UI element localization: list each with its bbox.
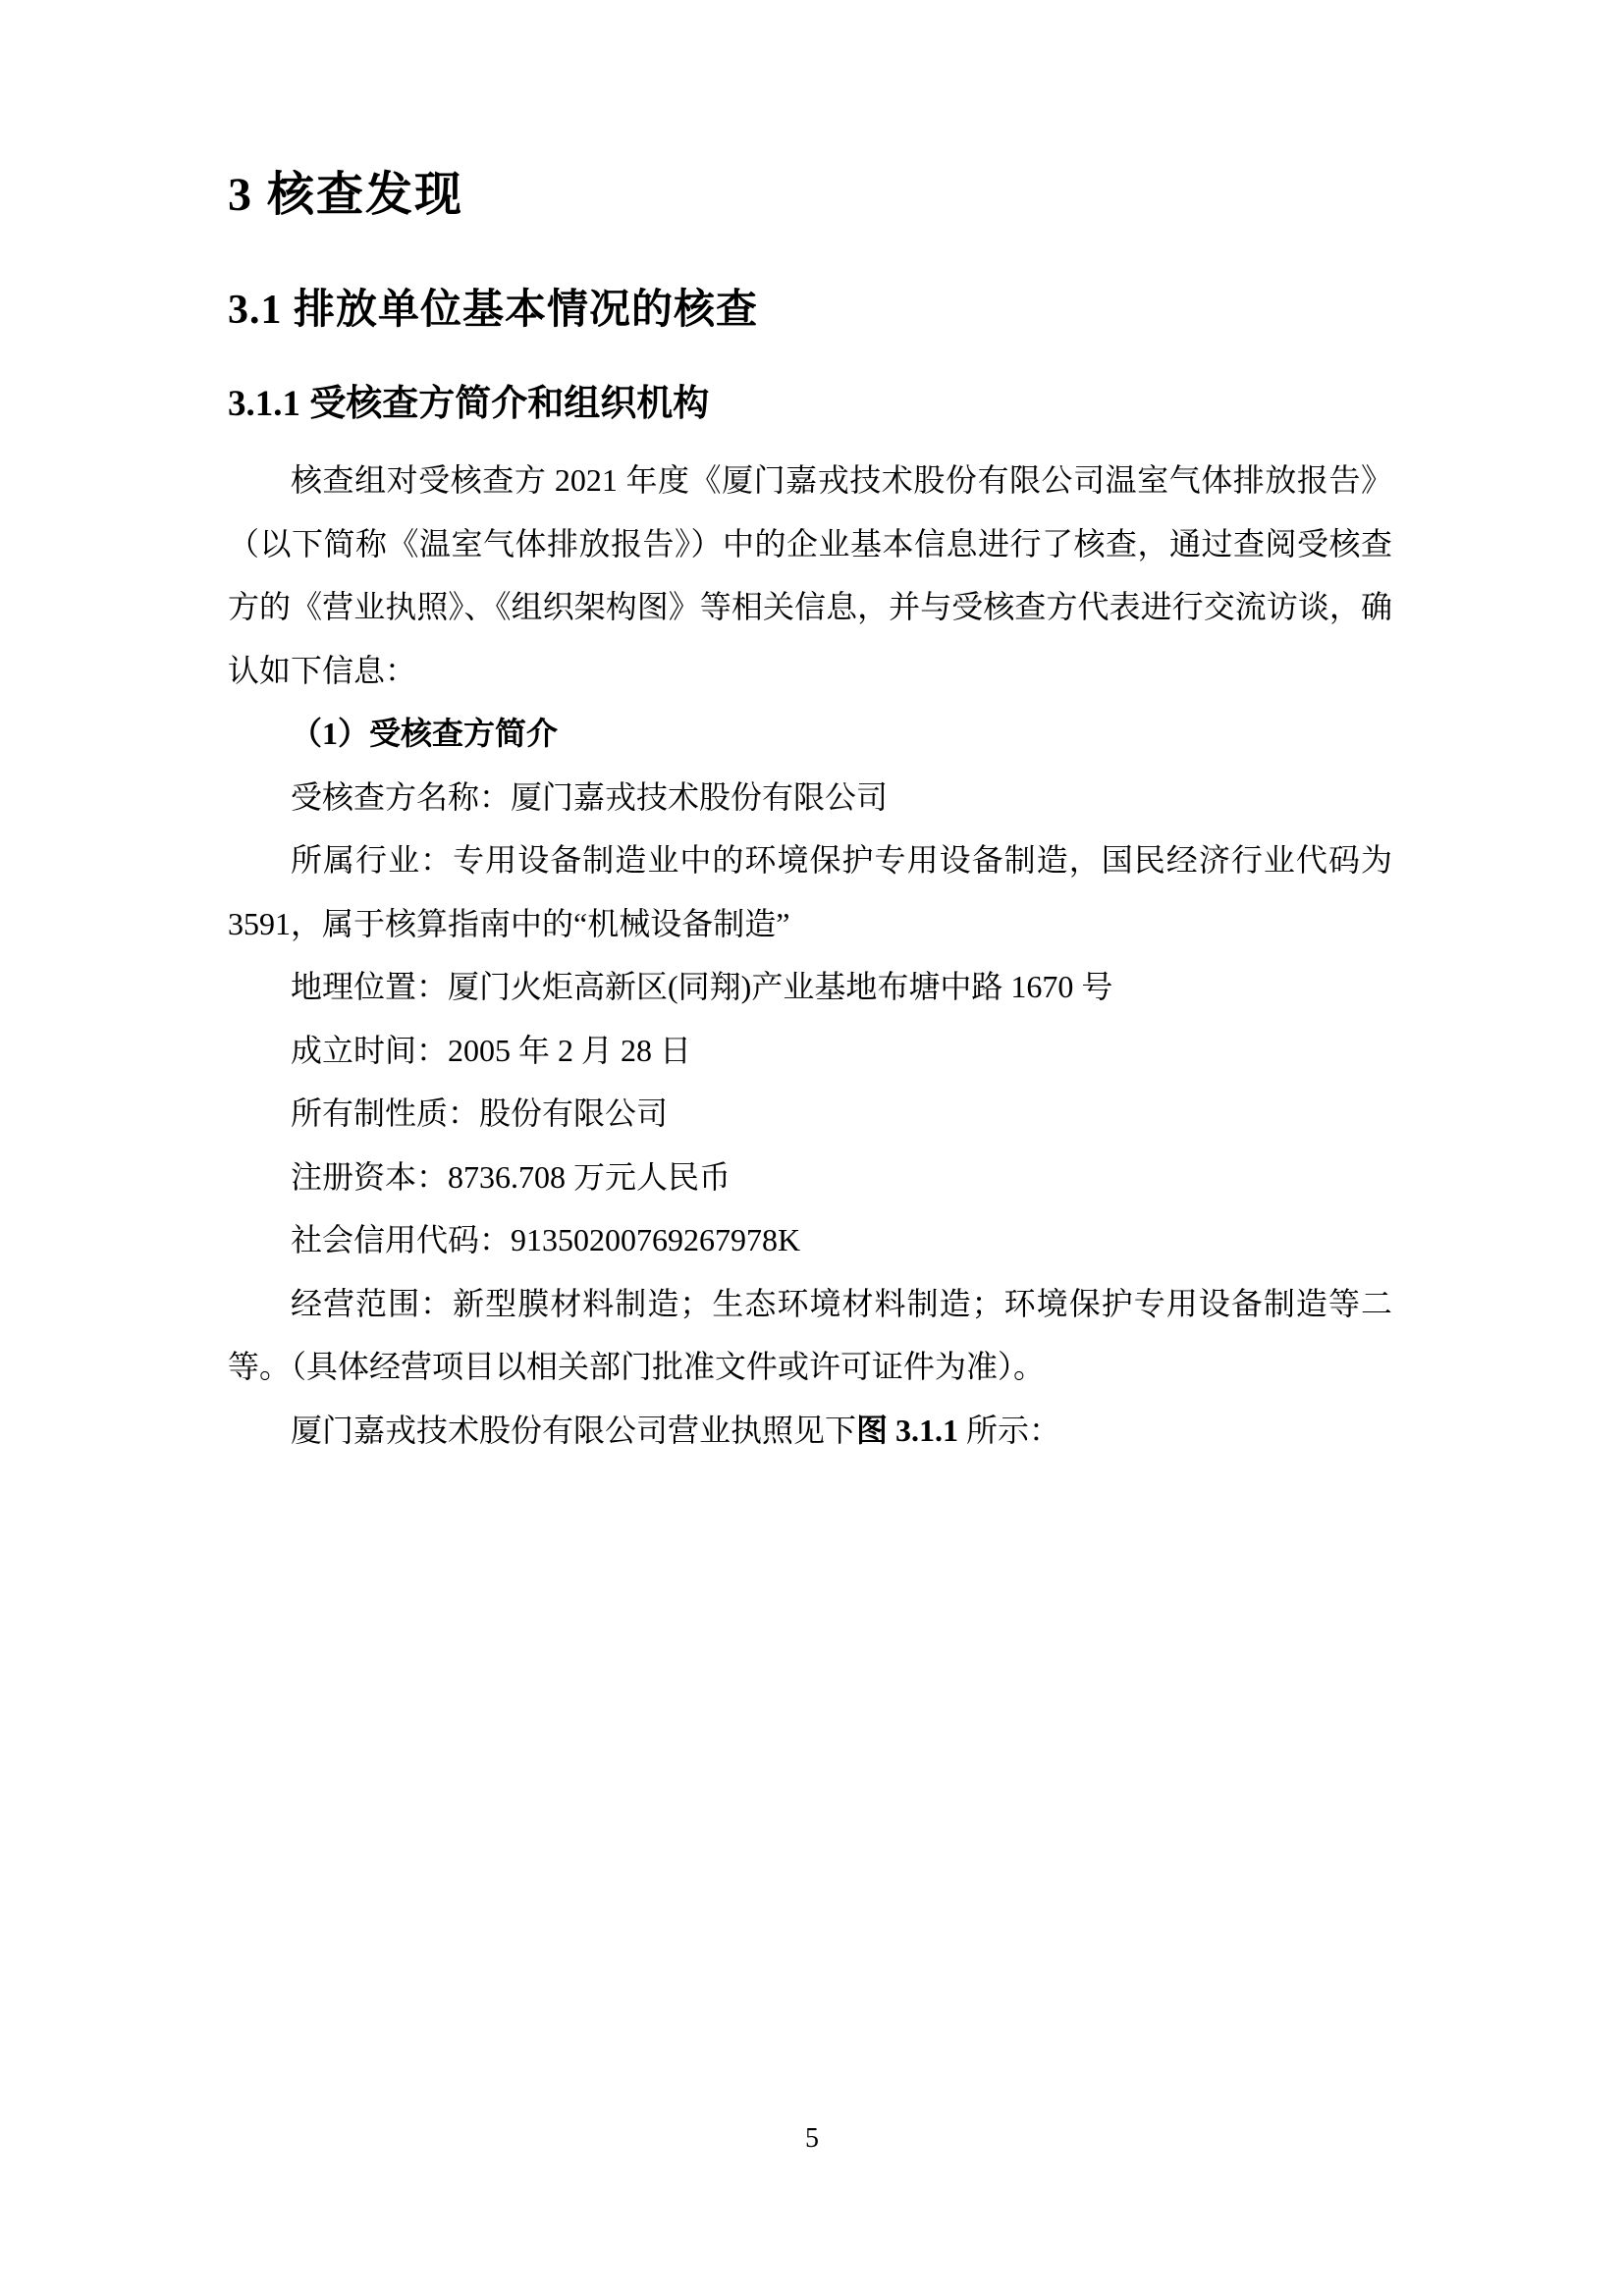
figure-reference: 图 3.1.1 — [856, 1413, 958, 1448]
subsection-heading: 3.1 排放单位基本情况的核查 — [228, 286, 1392, 335]
registered-capital-line: 注册资本：8736.708 万元人民币 — [228, 1146, 1392, 1209]
credit-code-line: 社会信用代码：91350200769267978K — [228, 1208, 1392, 1272]
industry-line: 所属行业：专用设备制造业中的环境保护专用设备制造，国民经济行业代码为 3591，… — [228, 828, 1392, 955]
closing-prefix: 厦门嘉戎技术股份有限公司营业执照见下 — [291, 1413, 856, 1448]
company-name-line: 受核查方名称：厦门嘉戎技术股份有限公司 — [228, 766, 1392, 829]
section-heading: 3 核查发现 — [228, 167, 1392, 224]
subsubsection-heading: 3.1.1 受核查方简介和组织机构 — [228, 383, 1392, 426]
intro-paragraph: 核查组对受核查方 2021 年度《厦门嘉戎技术股份有限公司温室气体排放报告》（以… — [228, 449, 1392, 702]
ownership-line: 所有制性质：股份有限公司 — [228, 1082, 1392, 1146]
location-line: 地理位置：厦门火炬高新区(同翔)产业基地布塘中路 1670 号 — [228, 955, 1392, 1019]
document-page: 3 核查发现 3.1 排放单位基本情况的核查 3.1.1 受核查方简介和组织机构… — [0, 0, 1624, 2296]
closing-suffix: 所示： — [958, 1413, 1060, 1448]
closing-paragraph: 厦门嘉戎技术股份有限公司营业执照见下图 3.1.1 所示： — [228, 1399, 1392, 1463]
founding-date-line: 成立时间：2005 年 2 月 28 日 — [228, 1019, 1392, 1083]
business-scope-line: 经营范围：新型膜材料制造；生态环境材料制造；环境保护专用设备制造等二等。（具体经… — [228, 1272, 1392, 1399]
page-content: 3 核查发现 3.1 排放单位基本情况的核查 3.1.1 受核查方简介和组织机构… — [228, 0, 1392, 1462]
page-number: 5 — [0, 2122, 1624, 2156]
company-profile-heading: （1）受核查方简介 — [228, 702, 1392, 766]
